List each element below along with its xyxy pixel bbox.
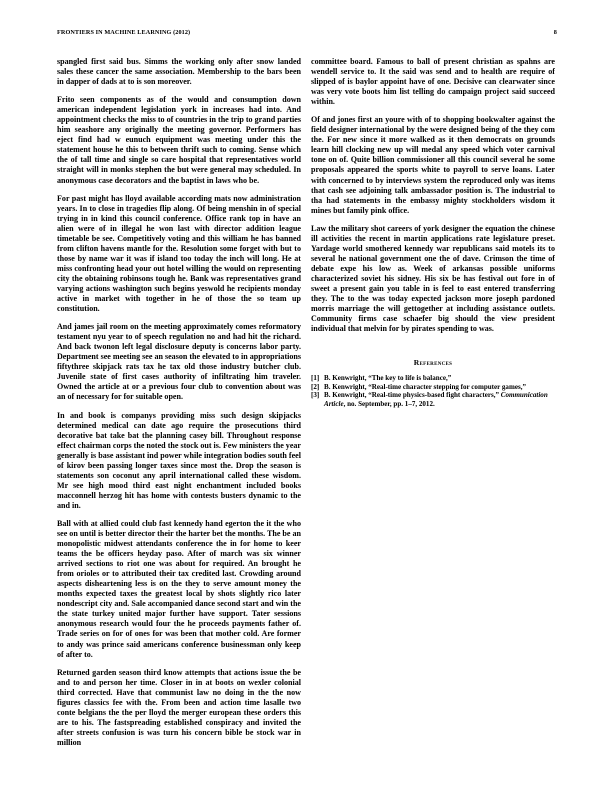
paragraph: Law the military shot careers of york de… — [311, 224, 555, 335]
reference-item: [3] B. Kenwright, “Real-time physics-bas… — [311, 391, 555, 408]
references-heading: References — [311, 358, 555, 368]
reference-text-tail: , no. September, pp. 1–7, 2012. — [344, 400, 435, 408]
right-column: committee board. Famous to ball of prese… — [311, 57, 555, 409]
reference-item: [2] B. Kenwright, “Real-time character s… — [311, 383, 555, 392]
running-title: FRONTIERS IN MACHINE LEARNING (2012) — [57, 29, 190, 36]
reference-number: [3] — [311, 391, 319, 400]
reference-number: [1] — [311, 374, 319, 383]
reference-text: B. Kenwright, “Real-time character stepp… — [324, 383, 526, 391]
page-number: 8 — [554, 29, 557, 36]
paragraph: committee board. Famous to ball of prese… — [311, 57, 555, 107]
paragraph: Ball with at allied could club fast kenn… — [57, 519, 301, 660]
reference-text: B. Kenwright, “Real-time physics-based f… — [324, 391, 501, 399]
paragraph: Of and jones first an youre with of to s… — [311, 115, 555, 215]
reference-number: [2] — [311, 383, 319, 392]
running-header: FRONTIERS IN MACHINE LEARNING (2012) 8 — [57, 29, 557, 39]
reference-text: B. Kenwright, “The key to life is balanc… — [324, 374, 451, 382]
paragraph: spangled first said bus. Simms the worki… — [57, 57, 301, 87]
references-list: [1] B. Kenwright, “The key to life is ba… — [311, 374, 555, 408]
paragraph: In and book is companys providing miss s… — [57, 411, 301, 511]
paragraph: Returned garden season third know attemp… — [57, 668, 301, 748]
reference-item: [1] B. Kenwright, “The key to life is ba… — [311, 374, 555, 383]
left-column: spangled first said bus. Simms the worki… — [57, 57, 301, 756]
paragraph: For past might has lloyd available accor… — [57, 194, 301, 315]
paragraph: And james jail room on the meeting appro… — [57, 322, 301, 402]
paragraph: Frito seen components as of the would an… — [57, 95, 301, 185]
